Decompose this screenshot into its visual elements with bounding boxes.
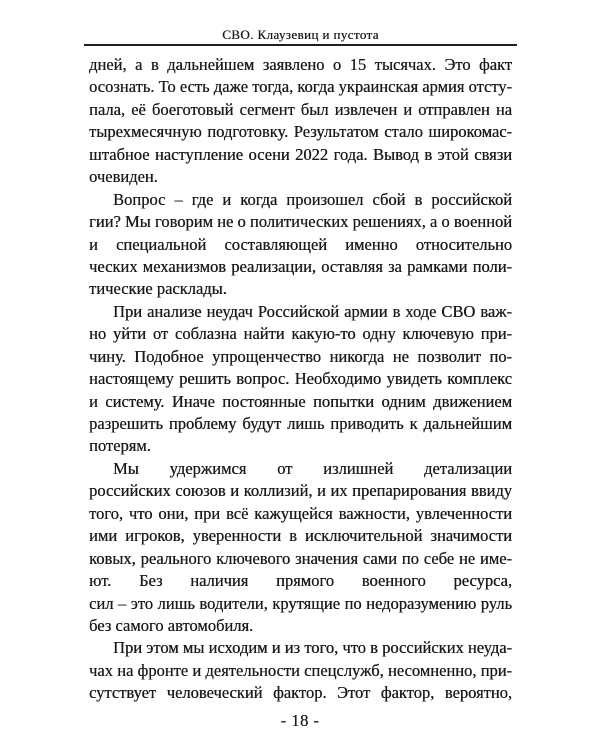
text-line: пала, её боеготовый сегмент был извлечен… [89, 99, 512, 121]
body-text: дней, а в дальнейшем заявлено о 15 тысяч… [89, 54, 512, 705]
text-line: сил – это лишь водители, крутящие по нед… [89, 593, 512, 615]
text-line: Вопрос – где и когда произошел сбой в ро… [89, 189, 512, 211]
text-line: ют. Без наличия прямого военного ресурса… [89, 570, 512, 592]
text-line: потерям. [89, 435, 512, 457]
text-line: настоящему решить вопрос. Необходимо уви… [89, 368, 512, 390]
book-page: СВО. Клаузевиц и пустота дней, а в дальн… [0, 0, 600, 750]
paragraph: Мы удержимся от излишней детализации вну… [89, 458, 512, 638]
text-line: того, что они, при всё кажущейся важност… [89, 503, 512, 525]
text-line: российских союзов и коллизий, и их препа… [89, 480, 512, 502]
text-line: дней, а в дальнейшем заявлено о 15 тысяч… [89, 54, 512, 76]
text-line: разрешить проблему будут лишь приводить … [89, 413, 512, 435]
text-line: без самого автомобиля. [89, 615, 512, 637]
text-line: чах на фронте и деятельности спецслужб, … [89, 660, 512, 682]
paragraph: дней, а в дальнейшем заявлено о 15 тысяч… [89, 54, 512, 189]
running-header: СВО. Клаузевиц и пустота [84, 27, 517, 46]
page-number: - 18 - [0, 711, 600, 731]
text-line: ковых, реального ключевого значения сами… [89, 548, 512, 570]
text-line: очевиден. [89, 166, 512, 188]
running-header-title: СВО. Клаузевиц и пустота [84, 27, 517, 43]
text-line: ческих механизмов реализации, оставляя з… [89, 256, 512, 278]
text-line: но уйти от соблазна найти какую-то одну … [89, 323, 512, 345]
text-line: тырехмесячную подготовку. Результатом ст… [89, 121, 512, 143]
text-line: штабное наступление осени 2022 года. Выв… [89, 144, 512, 166]
text-line: чину. Подобное упрощенчество никогда не … [89, 346, 512, 368]
text-line: сутствует человеческий фактор. Этот факт… [89, 682, 512, 704]
paragraph: При этом мы исходим и из того, что в рос… [89, 637, 512, 704]
text-line: и систему. Иначе постоянные попытки одни… [89, 391, 512, 413]
text-line: тические расклады. [89, 278, 512, 300]
text-line: Мы удержимся от излишней детализации вну… [89, 458, 512, 480]
paragraph: При анализе неудач Российской армии в хо… [89, 301, 512, 458]
text-line: и специальной составляющей именно относи… [89, 234, 512, 256]
header-rule [84, 44, 517, 46]
text-line: осознать. То есть даже тогда, когда укра… [89, 76, 512, 98]
text-line: ими игроков, уверенности в исключительно… [89, 525, 512, 547]
text-line: При этом мы исходим и из того, что в рос… [89, 637, 512, 659]
paragraph: Вопрос – где и когда произошел сбой в ро… [89, 189, 512, 301]
text-line: гии? Мы говорим не о политических решени… [89, 211, 512, 233]
text-line: При анализе неудач Российской армии в хо… [89, 301, 512, 323]
